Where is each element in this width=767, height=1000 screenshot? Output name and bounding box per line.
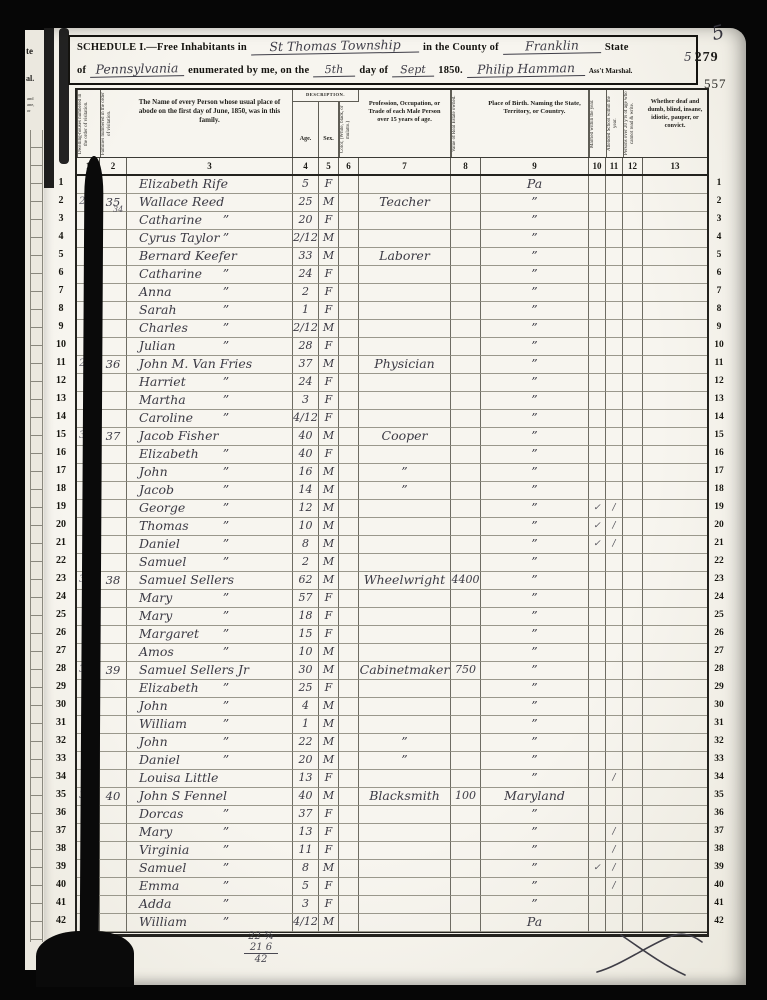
cell-married-within-year (589, 248, 606, 266)
col-num: 5 (319, 158, 339, 174)
row-number: 9 (48, 318, 74, 336)
cell-name: Virginia” (127, 842, 293, 860)
cell-age: 40 (293, 788, 319, 806)
cell-cannot-read-write (623, 176, 643, 194)
table-row: Catharine” 20 F ” (77, 212, 707, 230)
row-numbers-right: 1234567891011121314151617181920212223242… (709, 174, 729, 930)
table-row: John” 4 M ” (77, 698, 707, 716)
table-row: Anna” 2 F ” (77, 284, 707, 302)
cell-color (339, 608, 359, 626)
table-row: Julian” 28 F ” (77, 338, 707, 356)
cell-real-estate-value (451, 590, 481, 608)
cell-occupation: Cabinetmaker (359, 662, 451, 680)
row-number: 29 (48, 678, 74, 696)
cell-sex: M (319, 752, 339, 770)
cell-cannot-read-write (623, 842, 643, 860)
cell-deaf-dumb-etc (643, 356, 707, 374)
row-number: 10 (48, 336, 74, 354)
cell-occupation (359, 698, 451, 716)
cell-family-number (100, 698, 127, 716)
table-row: Emma” 5 F ” / (77, 878, 707, 896)
cell-attended-school: / (606, 860, 623, 878)
cell-attended-school (606, 338, 623, 356)
day-of-label: day of (359, 65, 388, 76)
cell-attended-school (606, 482, 623, 500)
cell-age: 5 (293, 176, 319, 194)
cell-real-estate-value (451, 626, 481, 644)
cell-family-number (100, 644, 127, 662)
cell-occupation: ” (359, 482, 451, 500)
cell-sex: M (319, 572, 339, 590)
handwritten-page-number: 5 (710, 21, 727, 45)
cell-sex: M (319, 230, 339, 248)
cell-deaf-dumb-etc (643, 320, 707, 338)
cell-occupation (359, 338, 451, 356)
cell-deaf-dumb-etc (643, 716, 707, 734)
cell-real-estate-value: 750 (451, 662, 481, 680)
row-number: 16 (48, 444, 74, 462)
table-header: Dwelling-houses numbered in the order of… (77, 90, 707, 158)
cell-deaf-dumb-etc (643, 212, 707, 230)
census-scan: { "page_numbers": {"hand_flourish":"5","… (0, 0, 767, 1000)
cell-family-number (100, 338, 127, 356)
cell-cannot-read-write (623, 716, 643, 734)
cell-name: Dorcas” (127, 806, 293, 824)
cell-birthplace: ” (481, 590, 589, 608)
cell-cannot-read-write (623, 500, 643, 518)
enumerated-label: enumerated by me, on the (188, 65, 309, 76)
cell-family-number (100, 374, 127, 392)
cell-sex: F (319, 284, 339, 302)
cell-cannot-read-write (623, 752, 643, 770)
cell-sex: M (319, 500, 339, 518)
cell-name: Samuel Sellers (127, 572, 293, 590)
cell-real-estate-value (451, 392, 481, 410)
row-number: 10 (709, 336, 729, 354)
row-number: 13 (709, 390, 729, 408)
row-number: 17 (709, 462, 729, 480)
cell-real-estate-value (451, 356, 481, 374)
cell-occupation (359, 896, 451, 914)
cell-family-number (100, 824, 127, 842)
table-row: 30 37 Jacob Fisher 40 M Cooper ” (77, 428, 707, 446)
cell-family-number (100, 806, 127, 824)
row-number: 21 (709, 534, 729, 552)
cell-birthplace: ” (481, 518, 589, 536)
row-number: 11 (709, 354, 729, 372)
cell-deaf-dumb-etc (643, 788, 707, 806)
row-number: 7 (709, 282, 729, 300)
cell-real-estate-value (451, 608, 481, 626)
cell-age: 18 (293, 608, 319, 626)
cell-age: 30 (293, 662, 319, 680)
cell-attended-school (606, 248, 623, 266)
cell-sex: F (319, 626, 339, 644)
cell-deaf-dumb-etc (643, 536, 707, 554)
cell-married-within-year (589, 770, 606, 788)
col-header-color: Color, (White, black, or mulatto.) (339, 102, 359, 157)
table-row: Virginia” 11 F ” / (77, 842, 707, 860)
row-number: 23 (709, 570, 729, 588)
table-row: Daniel” 8 M ” ✓ / (77, 536, 707, 554)
cell-age: 16 (293, 464, 319, 482)
cell-name: Elizabeth Rife (127, 176, 293, 194)
cell-age: 2 (293, 284, 319, 302)
cell-birthplace: ” (481, 554, 589, 572)
cell-family-number (100, 914, 127, 932)
cell-color (339, 806, 359, 824)
cell-attended-school (606, 788, 623, 806)
cell-family-number (100, 230, 127, 248)
cell-family-number (100, 392, 127, 410)
cell-deaf-dumb-etc (643, 284, 707, 302)
cell-name: Sarah” (127, 302, 293, 320)
month-handwritten: Sept (392, 63, 434, 78)
cell-age: 20 (293, 752, 319, 770)
cell-family-number (100, 554, 127, 572)
cell-deaf-dumb-etc (643, 392, 707, 410)
row-number: 42 (48, 912, 74, 930)
cell-name: Anna” (127, 284, 293, 302)
cell-name: Adda” (127, 896, 293, 914)
cell-deaf-dumb-etc (643, 230, 707, 248)
cell-name: Jacob” (127, 482, 293, 500)
row-number: 25 (709, 606, 729, 624)
row-number: 12 (709, 372, 729, 390)
cell-birthplace: ” (481, 392, 589, 410)
cell-occupation: ” (359, 752, 451, 770)
cell-birthplace: ” (481, 680, 589, 698)
cell-deaf-dumb-etc (643, 302, 707, 320)
cell-married-within-year (589, 824, 606, 842)
cell-color (339, 842, 359, 860)
day-handwritten: 5th (313, 63, 355, 78)
table-row: Sarah” 1 F ” (77, 302, 707, 320)
cell-attended-school (606, 698, 623, 716)
cell-married-within-year (589, 878, 606, 896)
cell-attended-school (606, 662, 623, 680)
cell-attended-school: / (606, 770, 623, 788)
cell-married-within-year (589, 608, 606, 626)
cell-sex: F (319, 680, 339, 698)
cell-occupation (359, 914, 451, 932)
cell-married-within-year (589, 788, 606, 806)
cell-age: 13 (293, 824, 319, 842)
row-number: 6 (709, 264, 729, 282)
cell-sex: F (319, 392, 339, 410)
cell-color (339, 374, 359, 392)
table-row: Daniel” 20 M ” ” (77, 752, 707, 770)
binding-shadow-bottom (36, 931, 134, 987)
cell-birthplace: ” (481, 194, 589, 212)
state-handwritten: Pennsylvania (90, 60, 184, 78)
cell-birthplace: ” (481, 824, 589, 842)
table-row: Margaret” 15 F ” (77, 626, 707, 644)
cell-occupation (359, 212, 451, 230)
table-row: 28 3534 Wallace Reed 25 M Teacher ” (77, 194, 707, 212)
cell-sex: M (319, 356, 339, 374)
cell-married-within-year (589, 284, 606, 302)
county-label: in the County of (423, 42, 499, 53)
cell-occupation (359, 302, 451, 320)
col-header-deaf-dumb: Whether deaf and dumb, blind, insane, id… (643, 90, 707, 157)
cell-real-estate-value (451, 896, 481, 914)
cell-birthplace: Pa (481, 176, 589, 194)
cell-age: 37 (293, 806, 319, 824)
col-num: 8 (451, 158, 481, 174)
cell-color (339, 680, 359, 698)
cell-married-within-year (589, 680, 606, 698)
table-row: Catharine” 24 F ” (77, 266, 707, 284)
cell-attended-school: / (606, 500, 623, 518)
cell-occupation (359, 410, 451, 428)
table-row: Dorcas” 37 F ” (77, 806, 707, 824)
cell-sex: M (319, 464, 339, 482)
cell-name: Mary” (127, 608, 293, 626)
row-number: 39 (48, 858, 74, 876)
cell-deaf-dumb-etc (643, 374, 707, 392)
census-page: SCHEDULE I.—Free Inhabitants in St Thoma… (44, 28, 746, 985)
schedule-title: SCHEDULE I.—Free Inhabitants in (77, 42, 247, 53)
cell-color (339, 428, 359, 446)
cell-family-number (100, 878, 127, 896)
cell-color (339, 662, 359, 680)
cell-family-number: 36 (100, 356, 127, 374)
cell-married-within-year (589, 212, 606, 230)
cell-age: 24 (293, 374, 319, 392)
cell-occupation: ” (359, 734, 451, 752)
cell-married-within-year (589, 716, 606, 734)
table-row: Amos” 10 M ” (77, 644, 707, 662)
cell-deaf-dumb-etc (643, 752, 707, 770)
cell-married-within-year (589, 896, 606, 914)
cell-cannot-read-write (623, 410, 643, 428)
table-row: Harriet” 24 F ” (77, 374, 707, 392)
row-number: 7 (48, 282, 74, 300)
cell-name: George” (127, 500, 293, 518)
row-number: 8 (709, 300, 729, 318)
col-num: 4 (293, 158, 319, 174)
cell-family-number (100, 176, 127, 194)
cell-married-within-year (589, 842, 606, 860)
row-number: 4 (48, 228, 74, 246)
row-number: 24 (709, 588, 729, 606)
cell-occupation (359, 680, 451, 698)
cell-birthplace: ” (481, 464, 589, 482)
cell-married-within-year (589, 698, 606, 716)
cell-sex: F (319, 824, 339, 842)
cell-cannot-read-write (623, 878, 643, 896)
cell-cannot-read-write (623, 806, 643, 824)
cell-occupation (359, 644, 451, 662)
cell-deaf-dumb-etc (643, 518, 707, 536)
cell-real-estate-value (451, 842, 481, 860)
cell-birthplace: ” (481, 320, 589, 338)
cell-age: 4/12 (293, 410, 319, 428)
cell-attended-school (606, 428, 623, 446)
cell-occupation (359, 608, 451, 626)
cell-deaf-dumb-etc (643, 176, 707, 194)
cell-name: Samuel” (127, 860, 293, 878)
cell-occupation (359, 824, 451, 842)
cell-real-estate-value (451, 176, 481, 194)
cell-attended-school (606, 806, 623, 824)
row-number: 36 (48, 804, 74, 822)
cell-real-estate-value: 100 (451, 788, 481, 806)
cell-birthplace: Maryland (481, 788, 589, 806)
cell-family-number (100, 266, 127, 284)
cell-attended-school (606, 752, 623, 770)
cell-birthplace: ” (481, 374, 589, 392)
cell-name: Bernard Keefer (127, 248, 293, 266)
cell-birthplace: ” (481, 608, 589, 626)
cell-name: John” (127, 734, 293, 752)
cell-occupation (359, 230, 451, 248)
row-number: 15 (48, 426, 74, 444)
row-number: 34 (709, 768, 729, 786)
cell-real-estate-value: 4400 (451, 572, 481, 590)
row-number: 2 (709, 192, 729, 210)
cell-sex: M (319, 518, 339, 536)
table-row: William” 1 M ” (77, 716, 707, 734)
cell-name: Caroline” (127, 410, 293, 428)
cell-color (339, 338, 359, 356)
cell-married-within-year (589, 626, 606, 644)
binding-shadow-top-left (44, 28, 54, 188)
cell-occupation: Physician (359, 356, 451, 374)
row-number: 33 (48, 750, 74, 768)
table-row: John” 22 M ” ” (77, 734, 707, 752)
cell-sex: F (319, 302, 339, 320)
cell-age: 13 (293, 770, 319, 788)
cell-birthplace: ” (481, 212, 589, 230)
row-number: 36 (709, 804, 729, 822)
cell-attended-school (606, 302, 623, 320)
col-header-dwelling: Dwelling-houses numbered in the order of… (77, 90, 100, 157)
cell-real-estate-value (451, 878, 481, 896)
cell-attended-school (606, 230, 623, 248)
cell-color (339, 284, 359, 302)
cell-real-estate-value (451, 482, 481, 500)
cell-age: 62 (293, 572, 319, 590)
cell-real-estate-value (451, 824, 481, 842)
cell-name: Catharine” (127, 212, 293, 230)
row-number: 33 (709, 750, 729, 768)
cell-sex: F (319, 176, 339, 194)
row-number: 20 (709, 516, 729, 534)
col-header-families: Families numbered in the order of visita… (100, 90, 127, 157)
cell-sex: F (319, 446, 339, 464)
table-row: Elizabeth” 40 F ” (77, 446, 707, 464)
cell-married-within-year (589, 338, 606, 356)
cell-age: 3 (293, 896, 319, 914)
cell-cannot-read-write (623, 536, 643, 554)
cell-real-estate-value (451, 284, 481, 302)
table-row: Martha” 3 F ” (77, 392, 707, 410)
cell-occupation (359, 626, 451, 644)
cell-birthplace: ” (481, 878, 589, 896)
row-number: 21 (48, 534, 74, 552)
row-number: 17 (48, 462, 74, 480)
cell-attended-school (606, 194, 623, 212)
cell-occupation: Laborer (359, 248, 451, 266)
cell-family-number (100, 716, 127, 734)
cell-color (339, 824, 359, 842)
col-header-birthplace: Place of Birth. Naming the State, Territ… (481, 90, 589, 157)
cell-sex: M (319, 320, 339, 338)
tally-notes: 22 ¾ 21 6 42 (230, 931, 292, 965)
table-row: Elizabeth Rife 5 F Pa (77, 176, 707, 194)
row-number: 37 (48, 822, 74, 840)
cell-attended-school (606, 266, 623, 284)
cell-age: 25 (293, 194, 319, 212)
cell-real-estate-value (451, 464, 481, 482)
col-num: 13 (643, 158, 707, 174)
cell-deaf-dumb-etc (643, 266, 707, 284)
county-handwritten: Franklin (503, 37, 601, 55)
cell-color (339, 536, 359, 554)
cell-real-estate-value (451, 554, 481, 572)
cell-sex: M (319, 428, 339, 446)
cell-name: Amos” (127, 644, 293, 662)
cell-name: Catharine” (127, 266, 293, 284)
cell-birthplace: ” (481, 896, 589, 914)
cell-name: Emma” (127, 878, 293, 896)
cell-married-within-year (589, 356, 606, 374)
cell-color (339, 176, 359, 194)
state-label: State (605, 42, 629, 53)
cell-cannot-read-write (623, 680, 643, 698)
cell-color (339, 500, 359, 518)
cell-real-estate-value (451, 320, 481, 338)
cell-family-number (100, 680, 127, 698)
cell-birthplace: ” (481, 662, 589, 680)
cell-name: Elizabeth” (127, 680, 293, 698)
cell-family-number (100, 734, 127, 752)
cell-real-estate-value (451, 446, 481, 464)
cell-deaf-dumb-etc (643, 338, 707, 356)
cell-deaf-dumb-etc (643, 680, 707, 698)
row-number: 27 (48, 642, 74, 660)
cell-color (339, 356, 359, 374)
cell-age: 24 (293, 266, 319, 284)
cell-deaf-dumb-etc (643, 482, 707, 500)
cell-family-number (100, 212, 127, 230)
cell-birthplace: ” (481, 284, 589, 302)
cell-birthplace: ” (481, 536, 589, 554)
cell-real-estate-value (451, 374, 481, 392)
cell-cannot-read-write (623, 374, 643, 392)
cell-real-estate-value (451, 428, 481, 446)
cell-age: 4/12 (293, 914, 319, 932)
cell-real-estate-value (451, 212, 481, 230)
cell-name: John S Fennel (127, 788, 293, 806)
stamped-page-number-279: 5279 (684, 48, 719, 66)
edge-text-fragment-block: and ane, or (27, 96, 34, 114)
cell-color (339, 266, 359, 284)
cell-birthplace: ” (481, 572, 589, 590)
cell-age: 20 (293, 212, 319, 230)
cell-age: 37 (293, 356, 319, 374)
cell-married-within-year (589, 734, 606, 752)
cell-color (339, 590, 359, 608)
row-number: 15 (709, 426, 729, 444)
col-num: 9 (481, 158, 589, 174)
row-number: 28 (709, 660, 729, 678)
cell-family-number (100, 608, 127, 626)
table-row: Jacob” 14 M ” ” (77, 482, 707, 500)
adjacent-page-edge: te al. and ane, or (25, 30, 44, 970)
